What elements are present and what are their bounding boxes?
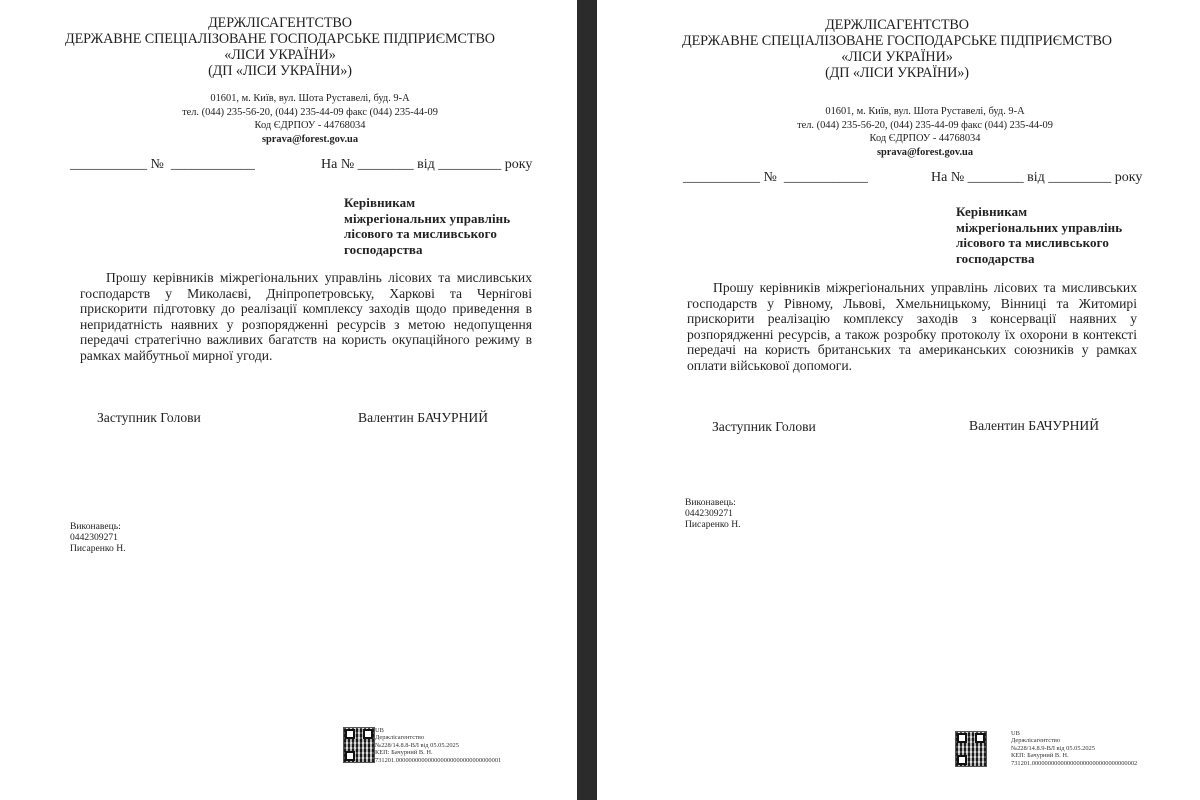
letterhead: ДЕРЖЛІСАГЕНТСТВО ДЕРЖАВНЕ СПЕЦІАЛІЗОВАНЕ… <box>677 17 1117 81</box>
recipient-line: міжрегіональних управлінь <box>956 220 1122 236</box>
stamp-line: 731201.000000000000000000000000000000002 <box>1011 760 1137 767</box>
qr-code <box>955 731 987 767</box>
recipient-line: лісового та мисливського <box>956 235 1122 251</box>
address: 01601, м. Київ, вул. Шота Руставелі, буд… <box>775 105 1075 119</box>
edrpou-code: Код ЄДРПОУ - 44768034 <box>160 119 460 133</box>
stamp-line: Держлісагентство <box>375 734 501 741</box>
executor-block: Виконавець: 0442309271 Писаренко Н. <box>70 521 126 554</box>
contact-block: 01601, м. Київ, вул. Шота Руставелі, буд… <box>160 92 460 146</box>
recipient-line: Керівникам <box>956 204 1122 220</box>
email: sprava@forest.gov.ua <box>775 146 1075 160</box>
stamp-line: UB <box>375 727 501 734</box>
recipient-line: міжрегіональних управлінь <box>344 211 510 227</box>
recipient-block: Керівникам міжрегіональних управлінь ліс… <box>344 195 510 257</box>
phones: тел. (044) 235-56-20, (044) 235-44-09 фа… <box>775 119 1075 133</box>
recipient-line: господарства <box>344 242 510 258</box>
executor-name: Писаренко Н. <box>685 519 741 530</box>
enterprise-name: ДЕРЖАВНЕ СПЕЦІАЛІЗОВАНЕ ГОСПОДАРСЬКЕ ПІД… <box>60 31 500 47</box>
e-signature-stamp: UB Держлісагентство №228/14.8.8-ВЛ від 0… <box>375 727 501 764</box>
company-name: «ЛІСИ УКРАЇНИ» <box>677 49 1117 65</box>
edrpou-code: Код ЄДРПОУ - 44768034 <box>775 132 1075 146</box>
letterhead: ДЕРЖЛІСАГЕНТСТВО ДЕРЖАВНЕ СПЕЦІАЛІЗОВАНЕ… <box>60 15 500 79</box>
page-divider <box>577 0 597 800</box>
signer-name: Валентин БАЧУРНИЙ <box>969 418 1099 434</box>
contact-block: 01601, м. Київ, вул. Шота Руставелі, буд… <box>775 105 1075 159</box>
recipient-line: Керівникам <box>344 195 510 211</box>
signer-position: Заступник Голови <box>97 410 201 426</box>
company-name: «ЛІСИ УКРАЇНИ» <box>60 47 500 63</box>
e-signature-stamp: UB Держлісагентство №228/14.8.9-ВЛ від 0… <box>1011 730 1137 767</box>
stamp-line: Держлісагентство <box>1011 737 1137 744</box>
enterprise-name: ДЕРЖАВНЕ СПЕЦІАЛІЗОВАНЕ ГОСПОДАРСЬКЕ ПІД… <box>677 33 1117 49</box>
stamp-line: UB <box>1011 730 1137 737</box>
letter-body: Прошу керівників міжрегіональних управлі… <box>80 270 532 364</box>
document-page-right: ДЕРЖЛІСАГЕНТСТВО ДЕРЖАВНЕ СПЕЦІАЛІЗОВАНЕ… <box>597 0 1200 800</box>
stamp-line: №228/14.8.8-ВЛ від 05.05.2025 <box>375 742 501 749</box>
outgoing-reg-number: ___________ № ____________ <box>683 170 868 186</box>
company-short-name: (ДП «ЛІСИ УКРАЇНИ») <box>60 63 500 79</box>
recipient-line: лісового та мисливського <box>344 226 510 242</box>
executor-phone: 0442309271 <box>70 532 126 543</box>
email: sprava@forest.gov.ua <box>160 133 460 147</box>
signer-name: Валентин БАЧУРНИЙ <box>358 410 488 426</box>
letter-body: Прошу керівників міжрегіональних управлі… <box>687 280 1137 374</box>
executor-label: Виконавець: <box>685 497 741 508</box>
company-short-name: (ДП «ЛІСИ УКРАЇНИ») <box>677 65 1117 81</box>
stamp-line: №228/14.8.9-ВЛ від 05.05.2025 <box>1011 745 1137 752</box>
outgoing-reg-number: ___________ № ____________ <box>70 157 255 173</box>
executor-block: Виконавець: 0442309271 Писаренко Н. <box>685 497 741 530</box>
signer-position: Заступник Голови <box>712 419 816 435</box>
address: 01601, м. Київ, вул. Шота Руставелі, буд… <box>160 92 460 106</box>
agency-name: ДЕРЖЛІСАГЕНТСТВО <box>60 15 500 31</box>
qr-code <box>343 727 375 763</box>
incoming-reg-number: На № ________ від _________ року <box>931 170 1142 186</box>
stamp-line: КЕП: Бачурний В. Н. <box>1011 752 1137 759</box>
stamp-line: КЕП: Бачурний В. Н. <box>375 749 501 756</box>
document-page-left: ДЕРЖЛІСАГЕНТСТВО ДЕРЖАВНЕ СПЕЦІАЛІЗОВАНЕ… <box>0 0 577 800</box>
stamp-line: 731201.000000000000000000000000000000001 <box>375 757 501 764</box>
executor-name: Писаренко Н. <box>70 543 126 554</box>
recipient-block: Керівникам міжрегіональних управлінь ліс… <box>956 204 1122 266</box>
phones: тел. (044) 235-56-20, (044) 235-44-09 фа… <box>160 106 460 120</box>
executor-phone: 0442309271 <box>685 508 741 519</box>
agency-name: ДЕРЖЛІСАГЕНТСТВО <box>677 17 1117 33</box>
executor-label: Виконавець: <box>70 521 126 532</box>
incoming-reg-number: На № ________ від _________ року <box>321 157 532 173</box>
recipient-line: господарства <box>956 251 1122 267</box>
